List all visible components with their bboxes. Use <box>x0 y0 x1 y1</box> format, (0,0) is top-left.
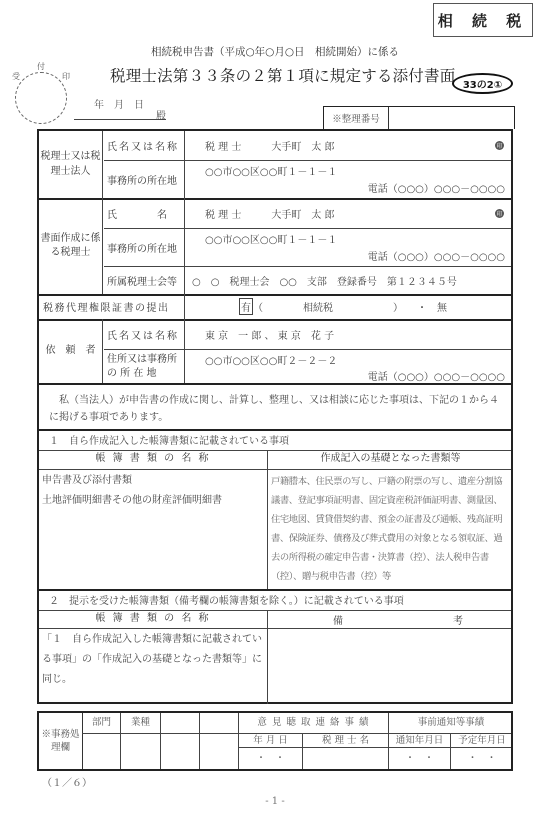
association-value[interactable]: ○ ○ 税理士会 ○○ 支部 登録番号 第１２３４５号 <box>192 266 502 294</box>
client-section-label: 依 頼 者 <box>39 319 102 383</box>
client-address-value[interactable]: ○○市○○区○○町２－２－２ <box>205 351 337 367</box>
client-name-value[interactable]: 東 京 一 郎 、 東 京 花 子 <box>205 319 485 349</box>
section2-remarks[interactable] <box>271 630 509 700</box>
section1-col-name: 帳 簿 書 類 の 名 称 <box>39 450 267 469</box>
page-title: 税理士法第３３条の２第１項に規定する添付書面 <box>110 64 455 86</box>
stamp-char-1: 受 <box>12 71 20 82</box>
client-name-label: 氏名又は名称 <box>107 319 183 349</box>
page-number: - 1 - <box>0 796 550 807</box>
remarks-char-2: 考 <box>453 612 463 627</box>
section2-content[interactable]: 「１ 自ら作成記入した帳簿書類に記載されている事項」の「作成記入の基礎となった書… <box>42 630 264 690</box>
remarks-char-1: 備 <box>333 612 343 627</box>
power-of-attorney-label: 税務代理権限証書の提出 <box>43 294 183 319</box>
divider <box>39 628 511 629</box>
divider <box>160 713 161 769</box>
section1-col-basis: 作成記入の基礎となった書類等 <box>268 450 513 469</box>
separator-dot: ・ <box>417 299 427 314</box>
document-preparer-address-label: 事務所の所在地 <box>107 228 183 266</box>
document-preparer-name-value[interactable]: 税 理 士 大手町 太 郎 <box>205 198 485 228</box>
client-address-label-line2: の 所 在 地 <box>107 367 183 381</box>
association-label: 所属税理士会等 <box>107 266 183 294</box>
tax-accountant-phone[interactable]: 電話（○○○）○○○－○○○○ <box>368 179 505 195</box>
office-use-label: ※事務処理欄 <box>39 713 82 769</box>
divider <box>199 713 200 769</box>
notice-date-field[interactable]: ・ ・ <box>389 748 450 769</box>
client-address-label: 住所又は事務所 の 所 在 地 <box>107 353 183 381</box>
divider <box>39 469 511 470</box>
document-preparer-name-label: 氏 名 <box>107 198 183 228</box>
stamp-char-3: 印 <box>62 71 70 82</box>
open-paren: （ <box>253 299 263 314</box>
section1-items: 申告書及び添付書類 土地評価明細書その他の財産評価明細書 <box>42 471 222 511</box>
tax-accountant-address-value[interactable]: ○○市○○区○○町１－１－１ <box>205 162 337 178</box>
client-phone[interactable]: 電話（○○○）○○○－○○○○ <box>368 367 505 383</box>
tax-type-box: 相 続 税 <box>433 3 533 37</box>
addressee-field[interactable]: 殿 <box>74 107 166 120</box>
section2-col-remarks: 備 考 <box>268 610 513 628</box>
receipt-stamp-circle <box>15 72 67 124</box>
section1-basis-text[interactable]: 戸籍謄本、住民票の写し、戸籍の附票の写し、遺産分割協議書、登記事項証明書、固定資… <box>271 472 509 586</box>
main-form-table: 税理士又は税理士法人 氏名又は名称 税 理 士 大手町 太 郎 印 事務所の所在… <box>37 129 513 704</box>
power-of-attorney-row: 有 （ 相続税 ） ・ 無 <box>239 294 447 319</box>
divider <box>102 319 103 383</box>
statement-text: 私（当法人）が申告書の作成に関し、計算し、整理し、又は相談に応じた事項は、下記の… <box>49 392 499 426</box>
reference-number-field[interactable] <box>389 107 514 129</box>
scheduled-date-field[interactable]: ・ ・ <box>451 748 513 769</box>
stamp-char-2: 付 <box>37 61 45 72</box>
document-preparer-phone[interactable]: 電話（○○○）○○○－○○○○ <box>368 247 505 263</box>
tax-name[interactable]: 相続税 <box>303 299 333 314</box>
document-preparer-address-value[interactable]: ○○市○○区○○町１－１－１ <box>205 230 337 246</box>
tax-accountant-name-value[interactable]: 税 理 士 大手町 太 郎 <box>205 131 485 160</box>
opinion-heading: 意 見 聴 取 連 絡 事 績 <box>239 713 388 733</box>
page-fraction: （１／６） <box>42 774 92 789</box>
opinion-accountant-label: 税 理 士 名 <box>303 734 388 747</box>
opinion-date-label: 年 月 日 <box>239 734 302 747</box>
section1-item[interactable]: 土地評価明細書その他の財産評価明細書 <box>42 491 222 511</box>
reference-number-label: ※整理番号 <box>324 107 389 129</box>
client-address-label-line1: 住所又は事務所 <box>107 353 183 367</box>
addressee-suffix: 殿 <box>156 111 166 122</box>
reference-number-box: ※整理番号 <box>323 106 515 129</box>
section1-heading: １ 自ら作成記入した帳簿書類に記載されている事項 <box>49 429 289 450</box>
close-paren: ） <box>393 299 403 314</box>
section2-col-name: 帳 簿 書 類 の 名 称 <box>39 610 267 628</box>
tax-accountant-address-label: 事務所の所在地 <box>107 160 183 198</box>
seal-icon: 印 <box>495 141 504 150</box>
option-no[interactable]: 無 <box>437 299 447 314</box>
tax-accountant-section-label: 税理士又は税理士法人 <box>39 131 102 198</box>
divider <box>39 383 511 385</box>
scheduled-date-label: 予定年月日 <box>451 734 513 747</box>
industry-label: 業種 <box>121 713 160 733</box>
seal-icon: 印 <box>495 209 504 218</box>
divider <box>104 349 511 350</box>
section2-heading: ２ 提示を受けた帳簿書類（備考欄の帳簿書類を除く。）に記載されている事項 <box>49 589 404 610</box>
notice-heading: 事前通知等事績 <box>389 713 513 733</box>
divider <box>184 131 185 383</box>
section1-item[interactable]: 申告書及び添付書類 <box>42 471 222 491</box>
notice-date-label: 通知年月日 <box>389 734 450 747</box>
form-code-badge: 33の2① <box>452 73 513 94</box>
divider <box>102 131 103 198</box>
tax-accountant-name-label: 氏名又は名称 <box>107 131 183 160</box>
option-yes[interactable]: 有 <box>239 298 253 315</box>
subtitle: 相続税申告書（平成○年○月○日 相続開始）に係る <box>0 44 550 59</box>
divider <box>267 450 268 589</box>
document-preparer-section-label: 書面作成に係る税理士 <box>39 198 102 294</box>
opinion-date-field[interactable]: ・ ・ <box>239 748 302 769</box>
office-use-table: ※事務処理欄 部門 業種 意 見 聴 取 連 絡 事 績 年 月 日 税 理 士… <box>37 711 513 771</box>
dept-label: 部門 <box>83 713 120 733</box>
divider <box>102 198 103 294</box>
